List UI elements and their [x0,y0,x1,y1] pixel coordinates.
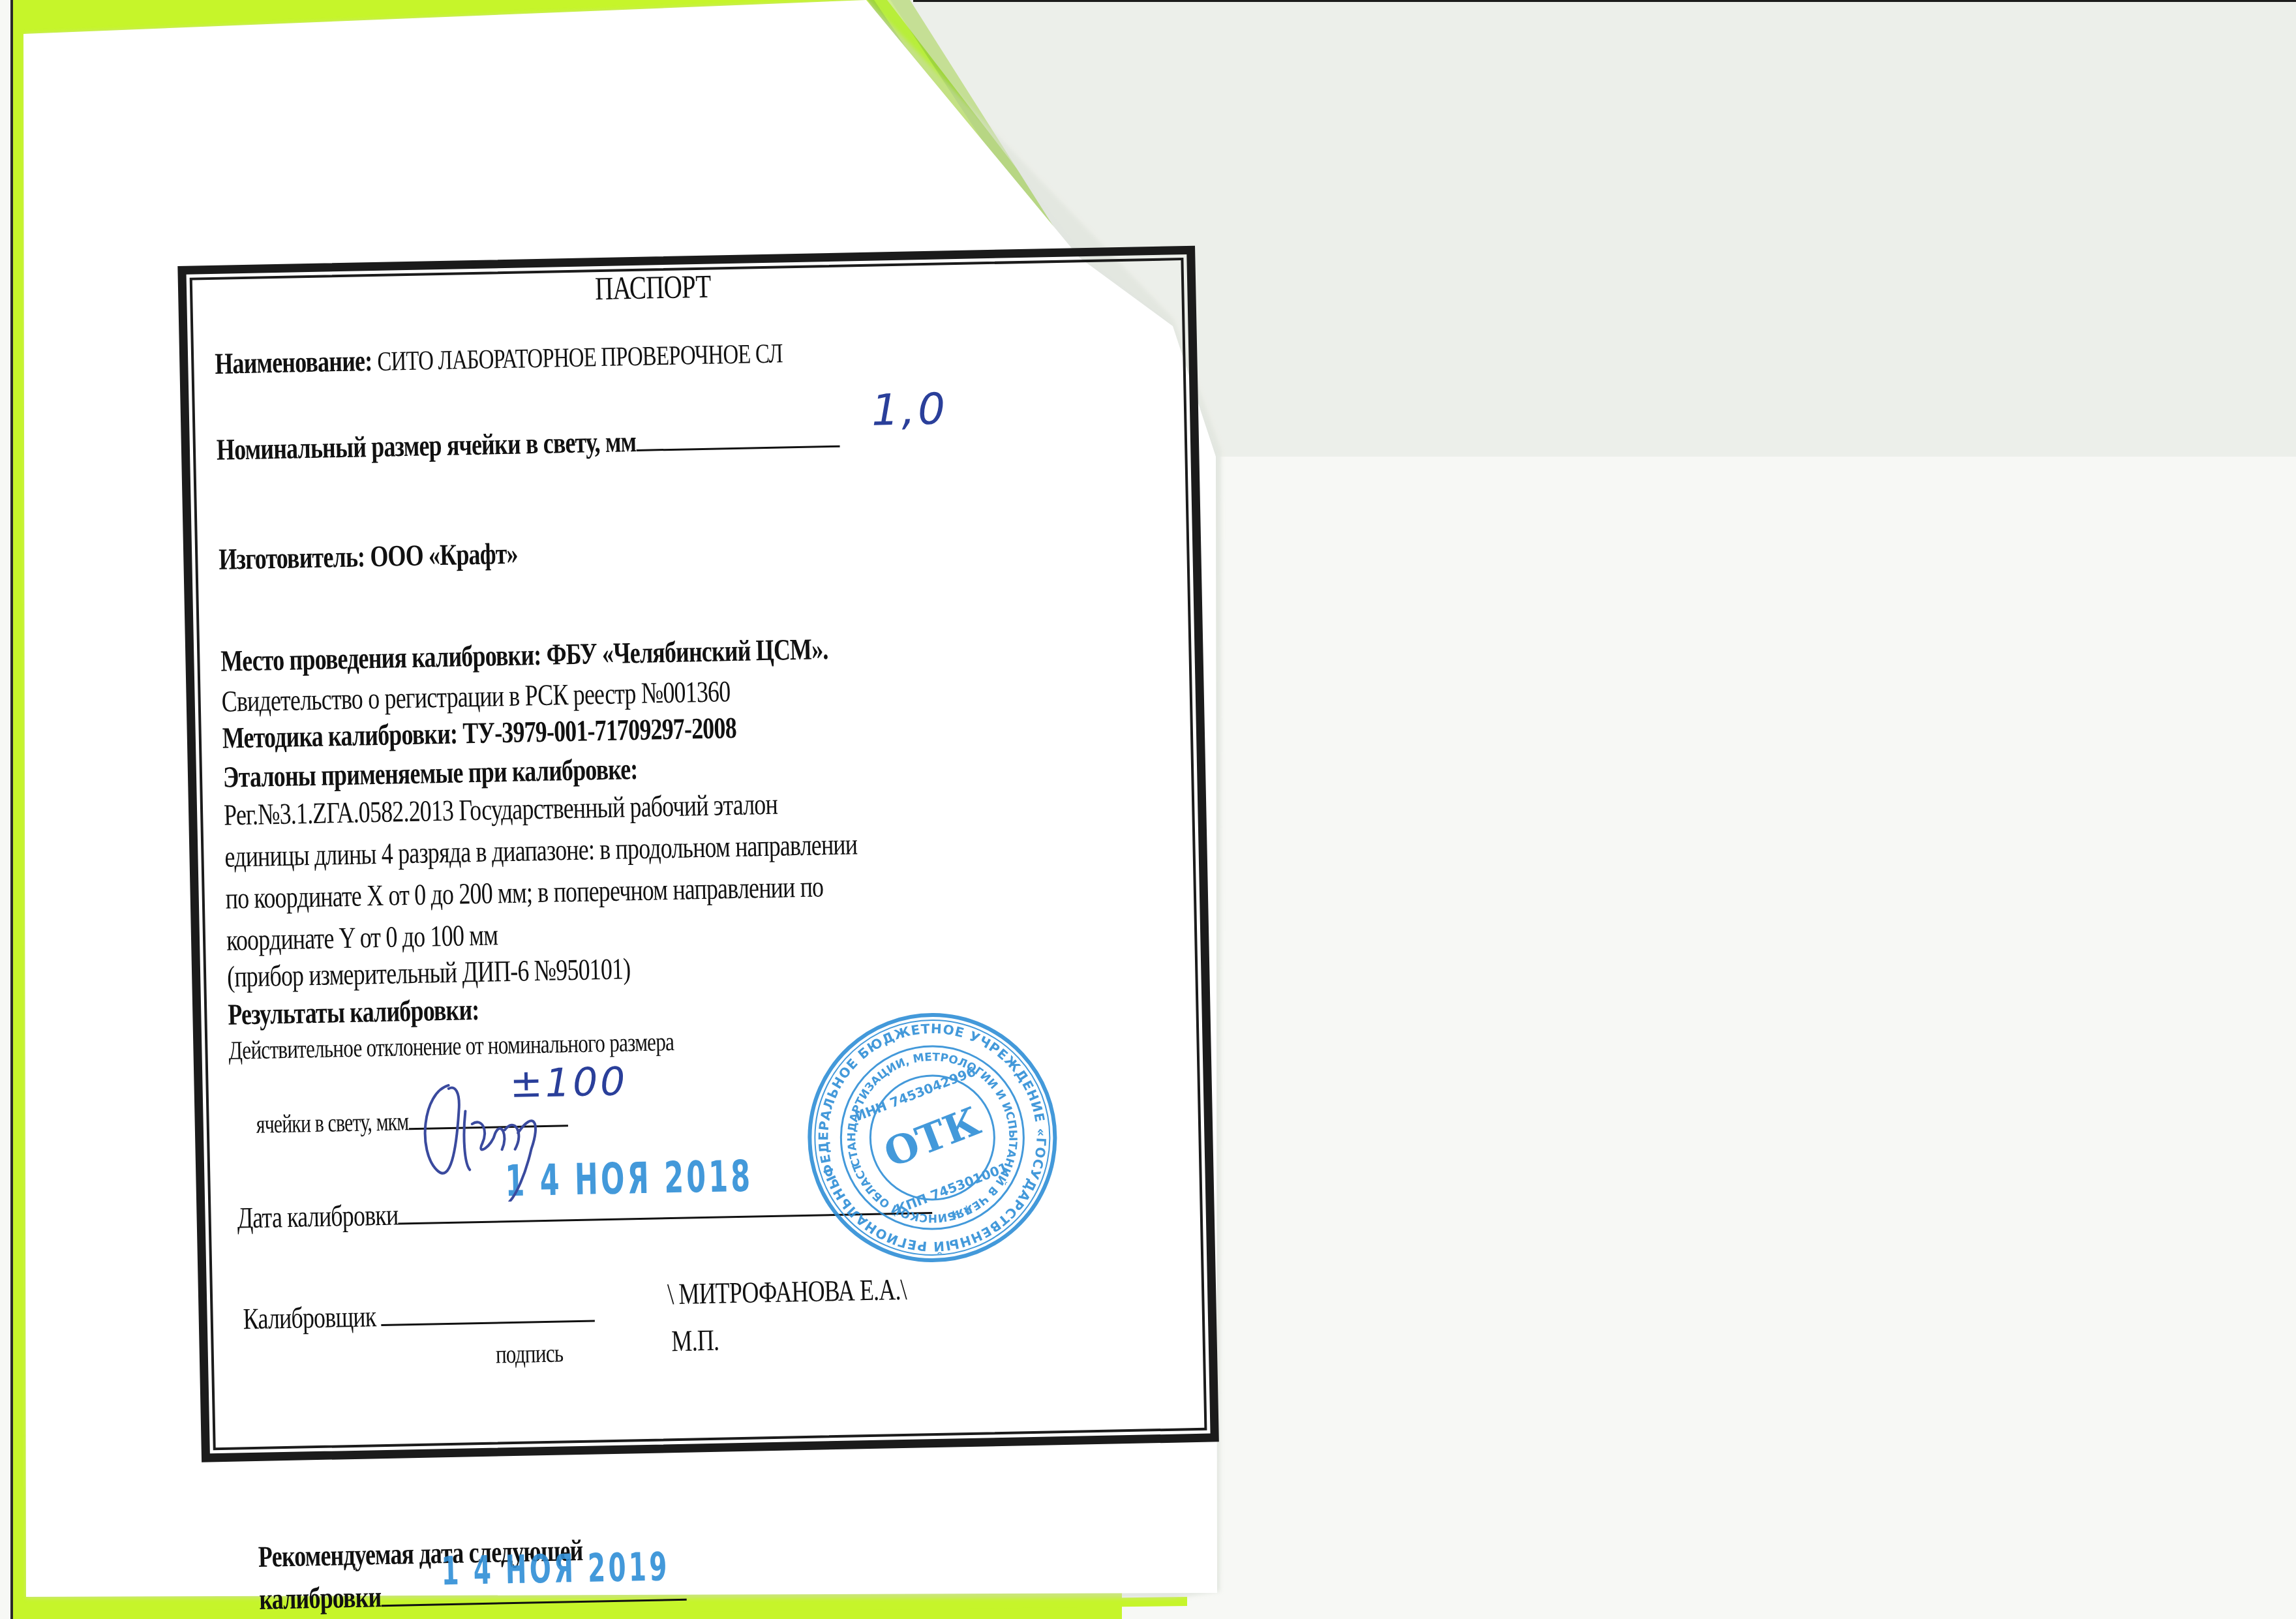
standards-line-4: координате Y от 0 до 100 мм [226,917,498,957]
scanner-edge-line [913,0,2296,2]
calibration-place-row: Место проведения калибровки: ФБУ «Челяби… [220,631,828,678]
nominal-size-value: 1,0 [871,384,948,435]
signature-caption: подпись [495,1337,563,1369]
standards-line-3: по координате X от 0 до 200 мм; в попере… [225,869,823,915]
next-date-label-2: калибровки [259,1580,382,1616]
manufacturer-row: Изготовитель: ООО «Крафт» [219,536,518,577]
calibration-place-value: ФБУ «Челябинский ЦСМ». [546,632,828,671]
method-label: Методика калибровки: [222,717,457,755]
standards-label: Эталоны применяемые при калибровке: [223,751,638,794]
manufacturer-label: Изготовитель: [219,539,365,575]
calibrator-label: Калибровщик [243,1299,376,1335]
next-date-field [381,1594,686,1607]
signature-field [382,1314,596,1326]
nominal-size-label: Номинальный размер ячейки в свету, мм [216,425,636,466]
nominal-size-row: Номинальный размер ячейки в свету, мм [216,420,839,467]
standards-line-5: (прибор измерительный ДИП-6 №950101) [227,951,631,993]
calibrator-name: \ МИТРОФАНОВА Е.А.\ [667,1272,907,1311]
next-date-stamp: 1 4 НОЯ 2019 [441,1544,670,1594]
standards-line-2: единицы длины 4 разряда в диапазоне: в п… [224,826,858,873]
name-label: Наименование: [215,344,372,380]
name-value: СИТО ЛАБОРАТОРНОЕ ПРОВЕРОЧНОЕ СЛ [377,339,783,376]
passport-title: ПАСПОРТ [595,267,711,308]
nominal-size-field [636,440,839,451]
method-value: ТУ-3979-001-71709297-2008 [462,711,736,749]
signature-scribble [409,1070,568,1203]
official-seal: ФЕДЕРАЛЬНОЕ БЮДЖЕТНОЕ УЧРЕЖДЕНИЕ «ГОСУДА… [802,1008,1062,1267]
seal-place-label: М.П. [671,1323,719,1358]
results-label: Результаты калибровки: [228,992,479,1032]
name-row: Наименование: СИТО ЛАБОРАТОРНОЕ ПРОВЕРОЧ… [215,335,783,380]
deviation-line-2: ячейки в свету, мкм [256,1106,408,1139]
calibration-date-label: Дата калибровки [237,1198,399,1235]
calibration-passport: ПАСПОРТ Наименование: СИТО ЛАБОРАТОРНОЕ … [177,235,1219,1462]
manufacturer-value: ООО «Крафт» [370,537,518,573]
calibrator-row: Калибровщик [243,1294,595,1336]
calibration-place-label: Место проведения калибровки: [220,638,541,678]
standards-line-1: Рег.№3.1.ZГА.0582.2013 Государственный р… [224,787,778,832]
